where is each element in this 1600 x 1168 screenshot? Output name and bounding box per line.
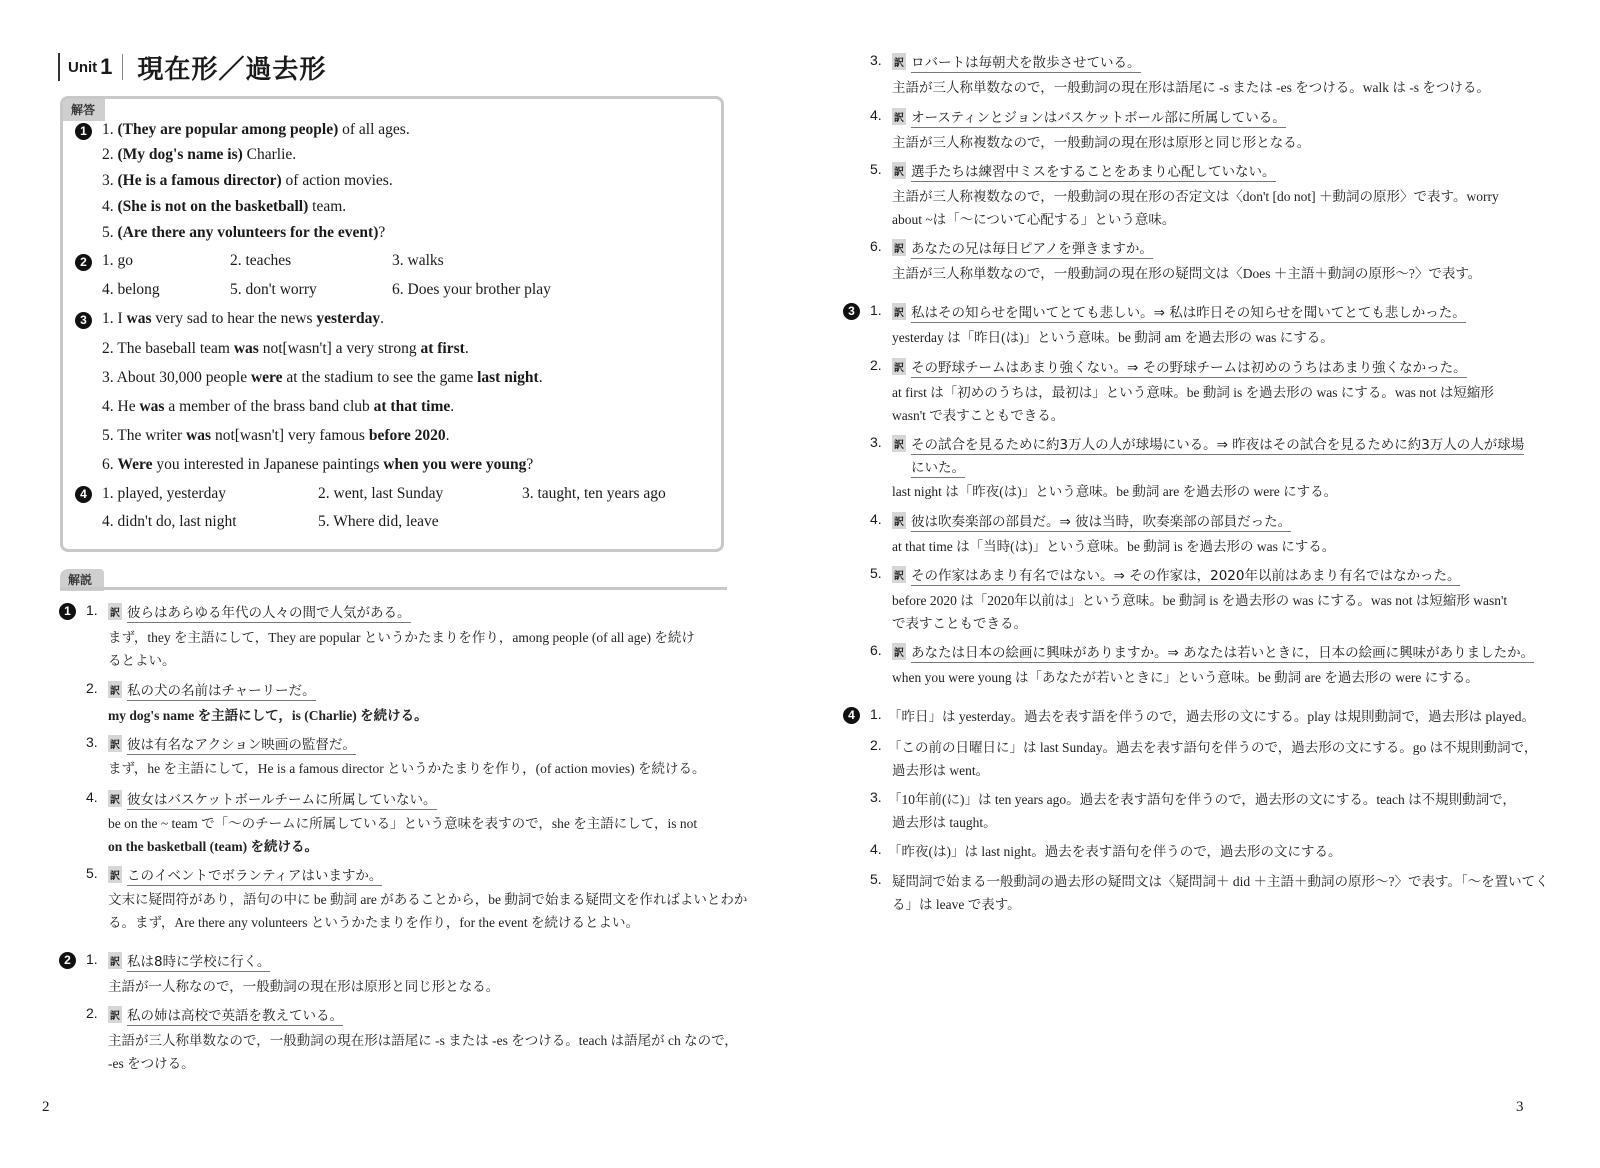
translation-text: 私の姉は高校で英語を教えている。 [127,1008,343,1026]
explanation-line: 文末に疑問符があり，語句の中に be 動詞 are があることから，be 動詞で… [108,888,747,908]
explanation-line: 疑問詞で始まる一般動詞の過去形の疑問文は〈疑問詞＋ did ＋主語＋動詞の原形～… [892,870,1549,890]
item-number: 3. [870,52,882,68]
yaku-label: 訳 [892,108,906,125]
item-number: 3. [870,789,882,805]
item-number: 3. [870,434,882,450]
explanation-line: 主語が三人称単数なので，一般動詞の現在形は語尾に -s または -es をつける… [892,76,1490,96]
text: 6. [102,456,118,473]
explanation-line: る」は leave で表す。 [892,893,1021,913]
explanation-line: 過去形は taught。 [892,811,997,831]
text: ? [526,456,533,473]
yaku-label: 訳 [892,643,906,660]
translation-text: その試合を見るために約3万人の人が球場にいる。⇒ 昨夜はその試合を見るために約3… [911,437,1524,455]
explanation-line: my dog's name を主語にして，is (Charlie) を続ける。 [108,704,428,724]
bold-text: were [251,369,283,386]
item-number: 1. [870,706,882,722]
text: not[wasn't] a very strong [259,340,421,357]
explanation-line: 「10年前(に)」は ten years ago。過去を表す語句を伴うので，過去… [888,788,1516,808]
unit-label: Unit [68,59,97,76]
bold-text: yesterday [316,310,380,327]
answer-bold: (They are popular among people) [118,121,339,138]
answer-4-3: 3. taught, ten years ago [522,485,666,503]
translation: 訳その試合を見るために約3万人の人が球場にいる。⇒ 昨夜はその試合を見るために約… [892,433,1524,453]
explanation-line: 過去形は went。 [892,759,989,779]
translation-text: オースティンとジョンはバスケットボール部に所属している。 [911,110,1286,128]
question-badge-1: 1 [75,123,92,140]
answer-2-3: 3. walks [392,252,444,270]
yaku-label: 訳 [108,735,122,752]
answer-2-2: 2. teaches [230,252,291,270]
yaku-label: 訳 [892,303,906,320]
text: you interested in Japanese paintings [153,456,384,473]
page-number-left: 2 [42,1099,50,1116]
translation-text: その野球チームはあまり強くない。⇒ その野球チームは初めのうちはあまり強くなかっ… [911,360,1467,378]
text: . [465,340,469,357]
bold-text: last night [477,369,539,386]
unit-number: 1 [100,54,112,80]
translation-text: 選手たちは練習中ミスをすることをあまり心配していない。 [911,164,1276,182]
item-number: 1. [86,951,98,967]
translation-text: あなたの兄は毎日ピアノを弾きますか。 [911,241,1153,259]
bold-text: when you were young [383,456,526,473]
yaku-label: 訳 [108,790,122,807]
page-number-right: 3 [1516,1099,1524,1116]
text: a member of the brass band club [164,398,373,415]
text: . [380,310,384,327]
unit-bar [58,53,60,81]
item-number: 5. [102,224,114,241]
item-number: 2. [870,737,882,753]
answer-2-5: 5. don't worry [230,281,317,299]
answers-tab-label: 解答 [63,99,105,121]
explanation-line: wasn't で表すこともできる。 [892,404,1064,424]
explanation-line: るとよい。 [108,649,176,669]
translation: 訳ロバートは毎朝犬を散歩させている。 [892,51,1141,71]
text: very sad to hear the news [152,310,317,327]
explanation-line: まず，they を主語にして，They are popular というかたまりを… [108,626,695,646]
answer-3-6: 6. Were you interested in Japanese paint… [102,456,533,474]
translation: 訳彼らはあらゆる年代の人々の間で人気がある。 [108,601,411,621]
explanation-line: on the basketball (team) を続ける。 [108,835,318,855]
translation: 訳選手たちは練習中ミスをすることをあまり心配していない。 [892,160,1276,180]
bold-text: at that time [374,398,451,415]
explanation-line: 主語が三人称単数なので，一般動詞の現在形の疑問文は〈Does ＋主語＋動詞の原形… [892,262,1481,282]
explanation-badge-3: 3 [843,303,860,320]
item-number: 3. [102,172,114,189]
translation-text: 私はその知らせを聞いてとても悲しい。⇒ 私は昨日その知らせを聞いてとても悲しかっ… [911,305,1466,323]
answer-4-4: 4. didn't do, last night [102,513,237,531]
answer-2-4: 4. belong [102,281,160,299]
bold-text: was [234,340,259,357]
translation-text: このイベントでボランティアはいますか。 [127,868,382,886]
translation: 訳オースティンとジョンはバスケットボール部に所属している。 [892,106,1286,126]
translation-text: あなたは日本の絵画に興味がありますか。⇒ あなたは若いときに，日本の絵画に興味が… [911,645,1534,663]
explanation-line: yesterday は「昨日(は)」という意味。be 動詞 am を過去形の w… [892,326,1334,346]
answer-rest: of action movies. [282,172,393,189]
explanation-line: る。まず，Are there any volunteers というかたまりを作り… [108,911,639,931]
translation-text: 彼女はバスケットボールチームに所属していない。 [127,792,437,810]
yaku-label: 訳 [892,53,906,70]
explanation-line: about ~は「～について心配する」という意味。 [892,208,1175,228]
explanation-line: 主語が三人称単数なので，一般動詞の現在形は語尾に -s または -es をつける… [108,1029,738,1049]
text: 1. I [102,310,127,327]
question-badge-2: 2 [75,254,92,271]
answer-4-5: 5. Where did, leave [318,513,439,531]
text: 5. The writer [102,427,186,444]
yaku-label: 訳 [108,603,122,620]
explanation-badge-4: 4 [843,707,860,724]
explanation-line: 「この前の日曜日に」は last Sunday。過去を表す語句を伴うので，過去形… [888,736,1537,756]
translation-text: 私の犬の名前はチャーリーだ。 [127,683,316,701]
yaku-label: 訳 [892,162,906,179]
explanation-line: -es をつける。 [108,1052,195,1072]
text: not[wasn't] very famous [211,427,369,444]
translation-text: 彼は有名なアクション映画の監督だ。 [127,737,356,755]
unit-divider [122,54,123,80]
yaku-label: 訳 [892,566,906,583]
translation: 訳その作家はあまり有名ではない。⇒ その作家は，2020年以前はあまり有名ではな… [892,564,1460,584]
text: . [450,398,454,415]
translation-text: にいた。 [911,460,965,478]
right-page: 3. 訳ロバートは毎朝犬を散歩させている。 主語が三人称単数なので，一般動詞の現… [800,0,1600,1168]
item-number: 4. [86,789,98,805]
explanation-badge-1: 1 [59,603,76,620]
explanation-line: last night は「昨夜(は)」という意味。be 動詞 are を過去形の… [892,480,1337,500]
translation-text: 彼は吹奏楽部の部員だ。⇒ 彼は当時，吹奏楽部の部員だった。 [911,514,1291,532]
translation: 訳あなたの兄は毎日ピアノを弾きますか。 [892,237,1153,257]
text: 2. The baseball team [102,340,234,357]
translation: 訳私はその知らせを聞いてとても悲しい。⇒ 私は昨日その知らせを聞いてとても悲しか… [892,301,1466,321]
yaku-label: 訳 [108,1006,122,1023]
item-number: 2. [102,146,114,163]
yaku-label: 訳 [108,866,122,883]
item-number: 5. [870,871,882,887]
translation: 訳私の犬の名前はチャーリーだ。 [108,679,316,699]
answer-3-5: 5. The writer was not[wasn't] very famou… [102,427,449,445]
explanation-line: be on the ~ team で「～のチームに所属している」という意味を表す… [108,812,697,832]
explanation-line: before 2020 は「2020年以前は」という意味。be 動詞 is を過… [892,589,1507,609]
answer-4-1: 1. played, yesterday [102,485,226,503]
answer-2-1: 1. go [102,252,133,270]
yaku-label: 訳 [892,435,906,452]
explanation-line: 「昨夜(は)」は last night。過去を表す語句を伴うので，過去形の文にす… [888,840,1341,860]
answer-rest: ? [378,224,385,241]
explanation-line: at that time は「当時(は)」という意味。be 動詞 is を過去形… [892,535,1335,555]
explanations-divider [60,587,727,590]
text: 4. He [102,398,139,415]
translation: 訳あなたは日本の絵画に興味がありますか。⇒ あなたは若いときに，日本の絵画に興味… [892,641,1534,661]
translation-text: その作家はあまり有名ではない。⇒ その作家は，2020年以前はあまり有名ではなか… [911,568,1460,586]
answer-bold: (Are there any volunteers for the event) [118,224,379,241]
answer-1-4: 4. (She is not on the basketball) team. [102,198,346,216]
explanation-line: 主語が一人称なので，一般動詞の現在形は原形と同じ形となる。 [108,975,499,995]
answer-bold: (My dog's name is) [118,146,243,163]
yaku-label: 訳 [108,952,122,969]
answer-bold: (He is a famous director) [118,172,282,189]
answer-2-6: 6. Does your brother play [392,281,551,299]
bold-text: was [186,427,211,444]
yaku-label: 訳 [892,239,906,256]
answer-1-1: 1. (They are popular among people) of al… [102,121,410,139]
answer-rest: team. [308,198,346,215]
item-number: 2. [86,1005,98,1021]
item-number: 4. [102,198,114,215]
item-number: 4. [870,841,882,857]
text: . [539,369,543,386]
item-number: 1. [86,602,98,618]
answer-3-2: 2. The baseball team was not[wasn't] a v… [102,340,469,358]
yaku-label: 訳 [108,681,122,698]
question-badge-3: 3 [75,312,92,329]
explanation-line: まず，he を主語にして，He is a famous director という… [108,757,705,777]
explanation-line: 「昨日」は yesterday。過去を表す語を伴うので，過去形の文にする。pla… [888,705,1535,725]
explanation-line: when you were young は「あなたが若いときに」という意味。be… [892,666,1479,686]
answer-3-4: 4. He was a member of the brass band clu… [102,398,454,416]
item-number: 2. [870,357,882,373]
item-number: 4. [870,107,882,123]
item-number: 1. [102,121,114,138]
item-number: 1. [870,302,882,318]
answer-4-2: 2. went, last Sunday [318,485,443,503]
translation: 訳私の姉は高校で英語を教えている。 [108,1004,343,1024]
bold-text: at first [420,340,464,357]
translation-text: 私は8時に学校に行く。 [127,954,270,972]
item-number: 5. [870,161,882,177]
translation-continued: にいた。 [911,456,965,476]
translation: 訳その野球チームはあまり強くない。⇒ その野球チームは初めのうちはあまり強くなか… [892,356,1467,376]
text: at the stadium to see the game [283,369,478,386]
answer-3-1: 1. I was very sad to hear the news yeste… [102,310,384,328]
explanation-badge-2: 2 [59,952,76,969]
translation-text: ロバートは毎朝犬を散歩させている。 [911,55,1141,73]
answer-bold: (She is not on the basketball) [118,198,309,215]
bold-text: before 2020 [369,427,446,444]
explanation-line: at first は「初めのうちは，最初は」という意味。be 動詞 is を過去… [892,381,1494,401]
answer-1-2: 2. (My dog's name is) Charlie. [102,146,296,164]
translation: 訳私は8時に学校に行く。 [108,950,270,970]
page-title: 現在形／過去形 [137,49,326,86]
item-number: 2. [86,680,98,696]
answer-3-3: 3. About 30,000 people were at the stadi… [102,369,543,387]
text: 3. About 30,000 people [102,369,251,386]
question-badge-4: 4 [75,486,92,503]
bold-text: was [127,310,152,327]
explanation-line: 主語が三人称複数なので，一般動詞の現在形は原形と同じ形となる。 [892,131,1310,151]
explanation-line: で表すこともできる。 [892,612,1027,632]
answer-rest: of all ages. [338,121,409,138]
item-number: 5. [86,865,98,881]
translation: 訳彼は吹奏楽部の部員だ。⇒ 彼は当時，吹奏楽部の部員だった。 [892,510,1291,530]
translation: 訳彼女はバスケットボールチームに所属していない。 [108,788,437,808]
translation: 訳彼は有名なアクション映画の監督だ。 [108,733,356,753]
left-page: Unit 1 現在形／過去形 解答 1 1. (They are popular… [0,0,800,1168]
item-number: 5. [870,565,882,581]
explanation-line: 主語が三人称複数なので，一般動詞の現在形の否定文は〈don't [do not]… [892,185,1499,205]
bold-text: was [139,398,164,415]
answer-1-5: 5. (Are there any volunteers for the eve… [102,224,385,242]
translation-text: 彼らはあらゆる年代の人々の間で人気がある。 [127,605,411,623]
item-number: 6. [870,238,882,254]
yaku-label: 訳 [892,512,906,529]
answer-1-3: 3. (He is a famous director) of action m… [102,172,393,190]
unit-header: Unit 1 現在形／過去形 [58,50,326,84]
answer-rest: Charlie. [243,146,296,163]
text: . [446,427,450,444]
item-number: 4. [870,511,882,527]
bold-text: Were [118,456,153,473]
item-number: 3. [86,734,98,750]
translation: 訳このイベントでボランティアはいますか。 [108,864,382,884]
yaku-label: 訳 [892,358,906,375]
item-number: 6. [870,642,882,658]
